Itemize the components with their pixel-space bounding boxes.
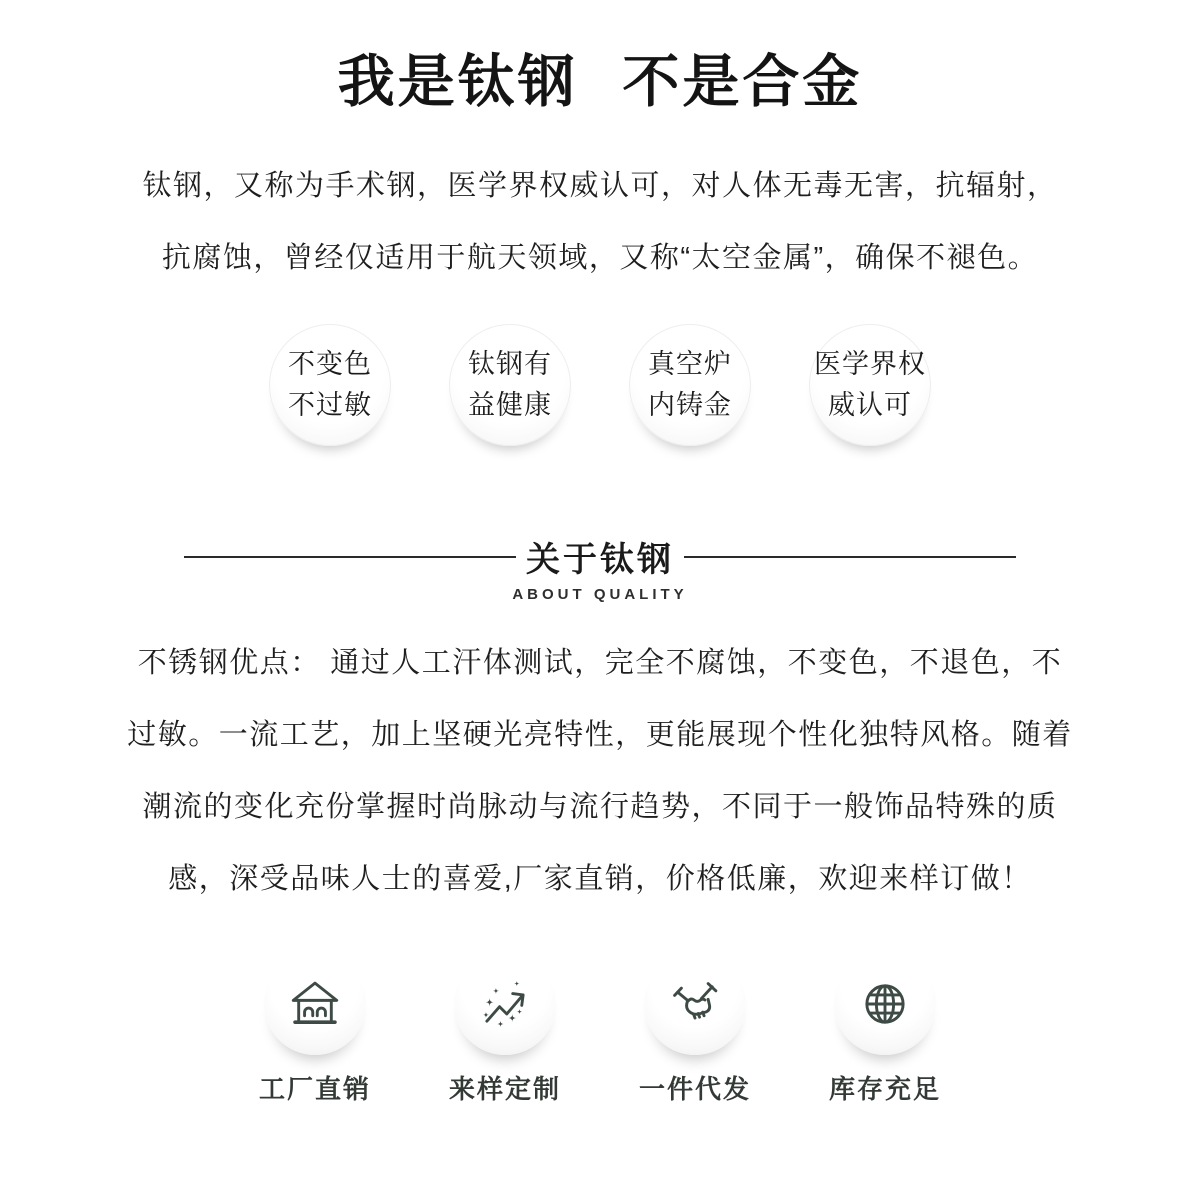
badge-text: 钛钢有 — [468, 344, 552, 385]
about-line: 潮流的变化充份掌握时尚脉动与流行趋势，不同于一般饰品特殊的质 — [0, 771, 1200, 843]
badge-text: 威认可 — [828, 385, 912, 426]
badge-text: 不过敏 — [288, 385, 372, 426]
feature-label: 工厂直销 — [259, 1069, 371, 1106]
intro-paragraph: 钛钢，又称为手术钢，医学界权威认可，对人体无毒无害，抗辐射， 抗腐蚀，曾经仅适用… — [0, 150, 1200, 294]
badge-row: 不变色 不过敏 钛钢有 益健康 真空炉 内铸金 医学界权 威认可 — [0, 324, 1200, 446]
feature-circle — [454, 953, 556, 1055]
about-paragraph: 不锈钢优点： 通过人工汗体测试，完全不腐蚀，不变色，不退色，不 过敏。一流工艺，… — [0, 627, 1200, 915]
badge-no-fade-no-allergy: 不变色 不过敏 — [269, 324, 391, 446]
globe-icon — [856, 975, 914, 1033]
badge-vacuum-casting: 真空炉 内铸金 — [629, 324, 751, 446]
feature-label: 一件代发 — [639, 1069, 751, 1106]
feature-factory-direct: 工厂直销 — [259, 953, 371, 1106]
feature-circle — [644, 953, 746, 1055]
feature-in-stock: 库存充足 — [829, 953, 941, 1106]
handshake-icon — [666, 975, 724, 1033]
house-icon — [286, 975, 344, 1033]
intro-line: 抗腐蚀，曾经仅适用于航天领域，又称“太空金属”，确保不褪色。 — [0, 222, 1200, 294]
section-subtitle: ABOUT QUALITY — [0, 586, 1200, 603]
feature-dropship: 一件代发 — [639, 953, 751, 1106]
badge-medical-approved: 医学界权 威认可 — [809, 324, 931, 446]
intro-line: 钛钢，又称为手术钢，医学界权威认可，对人体无毒无害，抗辐射， — [0, 150, 1200, 222]
page-title: 我是钛钢 不是合金 — [0, 0, 1200, 120]
about-line: 感，深受品味人士的喜爱,厂家直销，价格低廉，欢迎来样订做！ — [0, 843, 1200, 915]
badge-text: 内铸金 — [648, 385, 732, 426]
product-detail-page: 我是钛钢 不是合金 钛钢，又称为手术钢，医学界权威认可，对人体无毒无害，抗辐射，… — [0, 0, 1200, 1200]
divider-line-left — [184, 556, 516, 558]
feature-label: 来样定制 — [449, 1069, 561, 1106]
feature-circle — [834, 953, 936, 1055]
section-divider: 关于钛钢 — [184, 532, 1016, 581]
badge-text: 益健康 — [468, 385, 552, 426]
divider-line-right — [684, 556, 1016, 558]
feature-custom-sample: 来样定制 — [449, 953, 561, 1106]
badge-text: 医学界权 — [814, 344, 926, 385]
feature-circle — [264, 953, 366, 1055]
section-title: 关于钛钢 — [516, 532, 684, 581]
about-line: 不锈钢优点： 通过人工汗体测试，完全不腐蚀，不变色，不退色，不 — [0, 627, 1200, 699]
section-header: 关于钛钢 ABOUT QUALITY — [0, 532, 1200, 603]
about-line: 过敏。一流工艺，加上坚硬光亮特性，更能展现个性化独特风格。随着 — [0, 699, 1200, 771]
trend-arrow-icon — [476, 975, 534, 1033]
feature-label: 库存充足 — [829, 1069, 941, 1106]
badge-text: 不变色 — [288, 344, 372, 385]
badge-text: 真空炉 — [648, 344, 732, 385]
badge-health-benefit: 钛钢有 益健康 — [449, 324, 571, 446]
feature-row: 工厂直销 — [0, 953, 1200, 1106]
